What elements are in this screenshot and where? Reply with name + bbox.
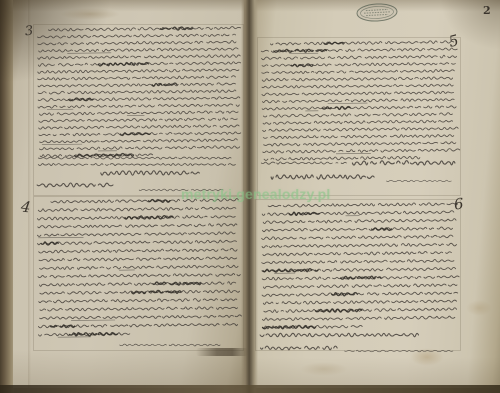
entry-6-handwriting — [261, 200, 458, 338]
entry-5-closing-note — [261, 159, 347, 170]
entry-6-signature-2 — [259, 344, 339, 357]
site-watermark: metryki.genealodzy.pl — [181, 186, 330, 202]
entry-6-signature-row — [259, 331, 421, 344]
entry-3-signature-1 — [100, 169, 202, 184]
entry-5-handwriting — [261, 38, 458, 166]
entry-3-handwriting — [37, 24, 240, 166]
table-edge-below-book — [0, 385, 500, 393]
scanned-register-book-photo: 3 4 2 5 6 metryki.genealodzy.pl — [0, 0, 500, 393]
entry-5-registrar-annotation — [386, 177, 454, 186]
entry-number-4: 4 — [20, 199, 32, 215]
archive-oval-stamp — [356, 2, 399, 23]
entry-number-3: 3 — [24, 25, 34, 39]
entry-6-registrar-annotation — [344, 347, 454, 356]
entry-5-signature-1 — [352, 159, 454, 174]
folio-page-number: 2 — [483, 4, 491, 17]
gutter-shadow — [196, 348, 248, 356]
entry-4-handwriting — [37, 196, 240, 341]
entry-3-signature-2 — [36, 181, 114, 196]
book-left-binding-edge — [0, 0, 14, 393]
page-crease — [28, 0, 31, 388]
